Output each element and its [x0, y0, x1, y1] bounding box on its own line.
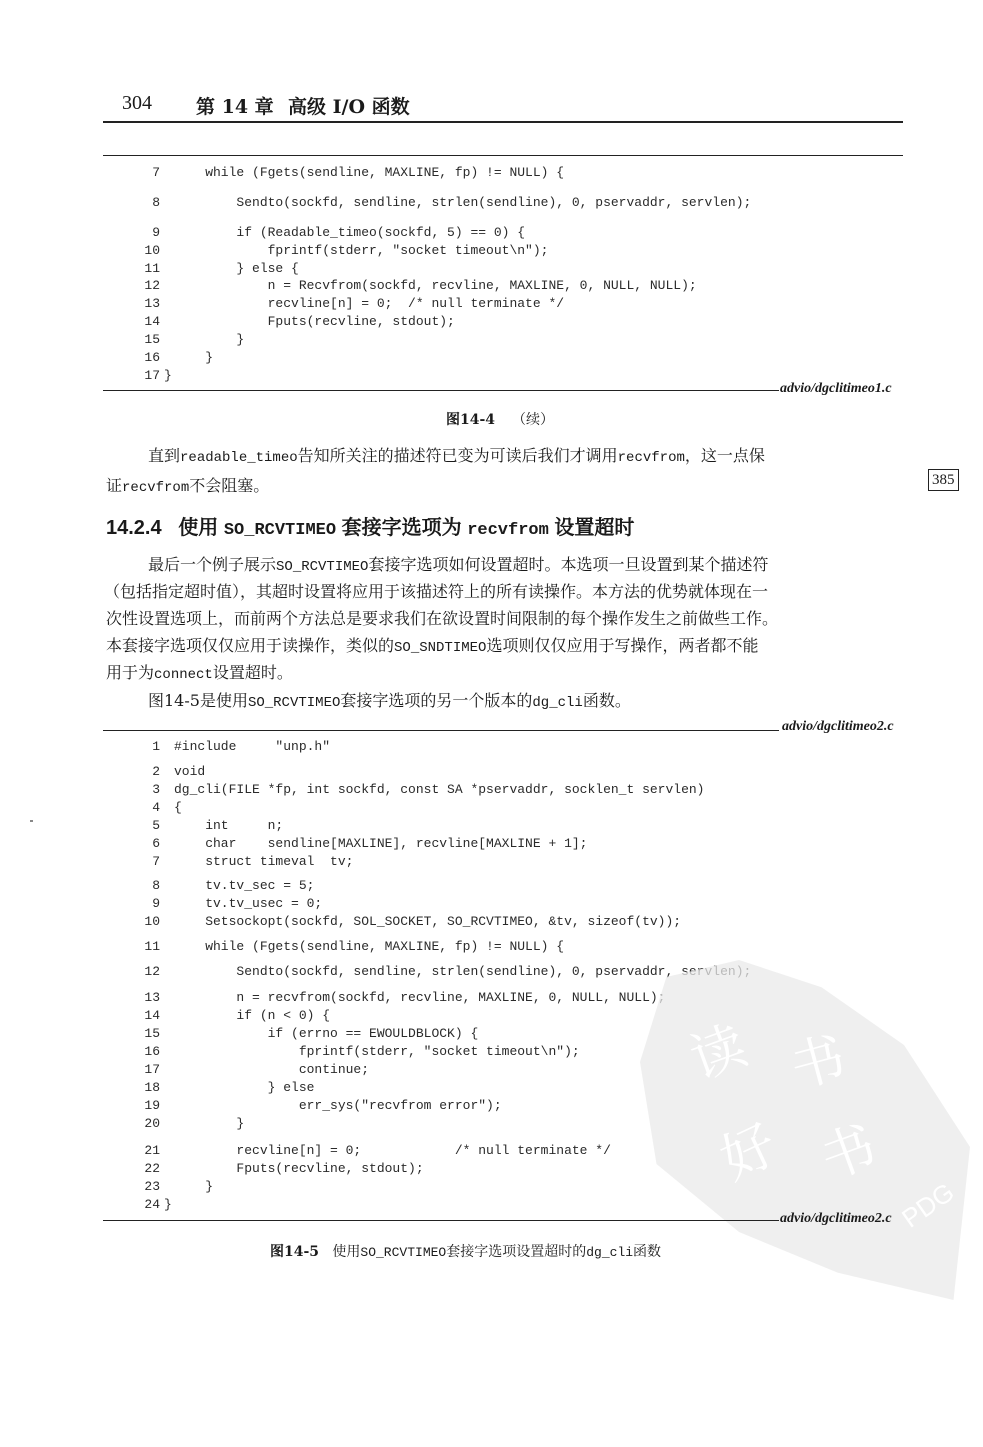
body-paragraph: 最后一个例子展示SO_RCVTIMEO套接字选项如何设置超时。本选项一旦设置到某… — [148, 551, 768, 581]
source-filename: advio/dgclitimeo2.c — [782, 719, 894, 735]
body-paragraph: 直到readable_timeo告知所关注的描述符已变为可读后我们才调用recv… — [148, 442, 908, 472]
figure-top-rule — [103, 155, 903, 156]
source-filename: advio/dgclitimeo1.c — [780, 381, 892, 397]
figure-bottom-rule — [103, 1220, 779, 1221]
figure-caption-text: （续） — [512, 409, 554, 429]
body-paragraph: 图14-5是使用SO_RCVTIMEO套接字选项的另一个版本的dg_cli函数。 — [148, 687, 631, 717]
chapter-label: 第 14 章 — [196, 92, 274, 119]
watermark-seal — [640, 960, 970, 1300]
scan-artifact — [30, 820, 33, 822]
figure-bottom-rule — [103, 390, 779, 391]
body-paragraph-cont: 证recvfrom不会阻塞。 — [106, 472, 269, 502]
figure-caption-label: 图14-4 — [446, 409, 495, 429]
page-number: 304 — [122, 92, 152, 115]
body-paragraph-line: 用于为connect设置超时。 — [106, 659, 293, 689]
margin-page-ref: 385 — [928, 469, 959, 491]
header-rule — [103, 121, 903, 123]
source-filename: advio/dgclitimeo2.c — [780, 1211, 892, 1227]
chapter-title: 高级 I/O 函数 — [288, 92, 410, 119]
figure-top-rule — [103, 730, 779, 731]
code-listing-14-4: 7 while (Fgets(sendline, MAXLINE, fp) !=… — [0, 0, 983, 180]
body-paragraph-line: （包括指定超时值），其超时设置将应用于该描述符上的所有读操作。本方法的优势就体现… — [104, 578, 768, 605]
body-paragraph-line: 本套接字选项仅仅应用于读操作，类似的SO_SNDTIMEO选项则仅仅应用于写操作… — [106, 632, 758, 662]
body-paragraph-line: 次性设置选项上，而前两个方法总是要求我们在欲设置时间限制的每个操作发生之前做些工… — [106, 605, 778, 632]
section-heading: 14.2.4 使用 SO_RCVTIMEO 套接字选项为 recvfrom 设置… — [106, 511, 634, 540]
figure-caption: 图14-5 使用SO_RCVTIMEO套接字选项设置超时的dg_cli函数 — [270, 1241, 661, 1261]
